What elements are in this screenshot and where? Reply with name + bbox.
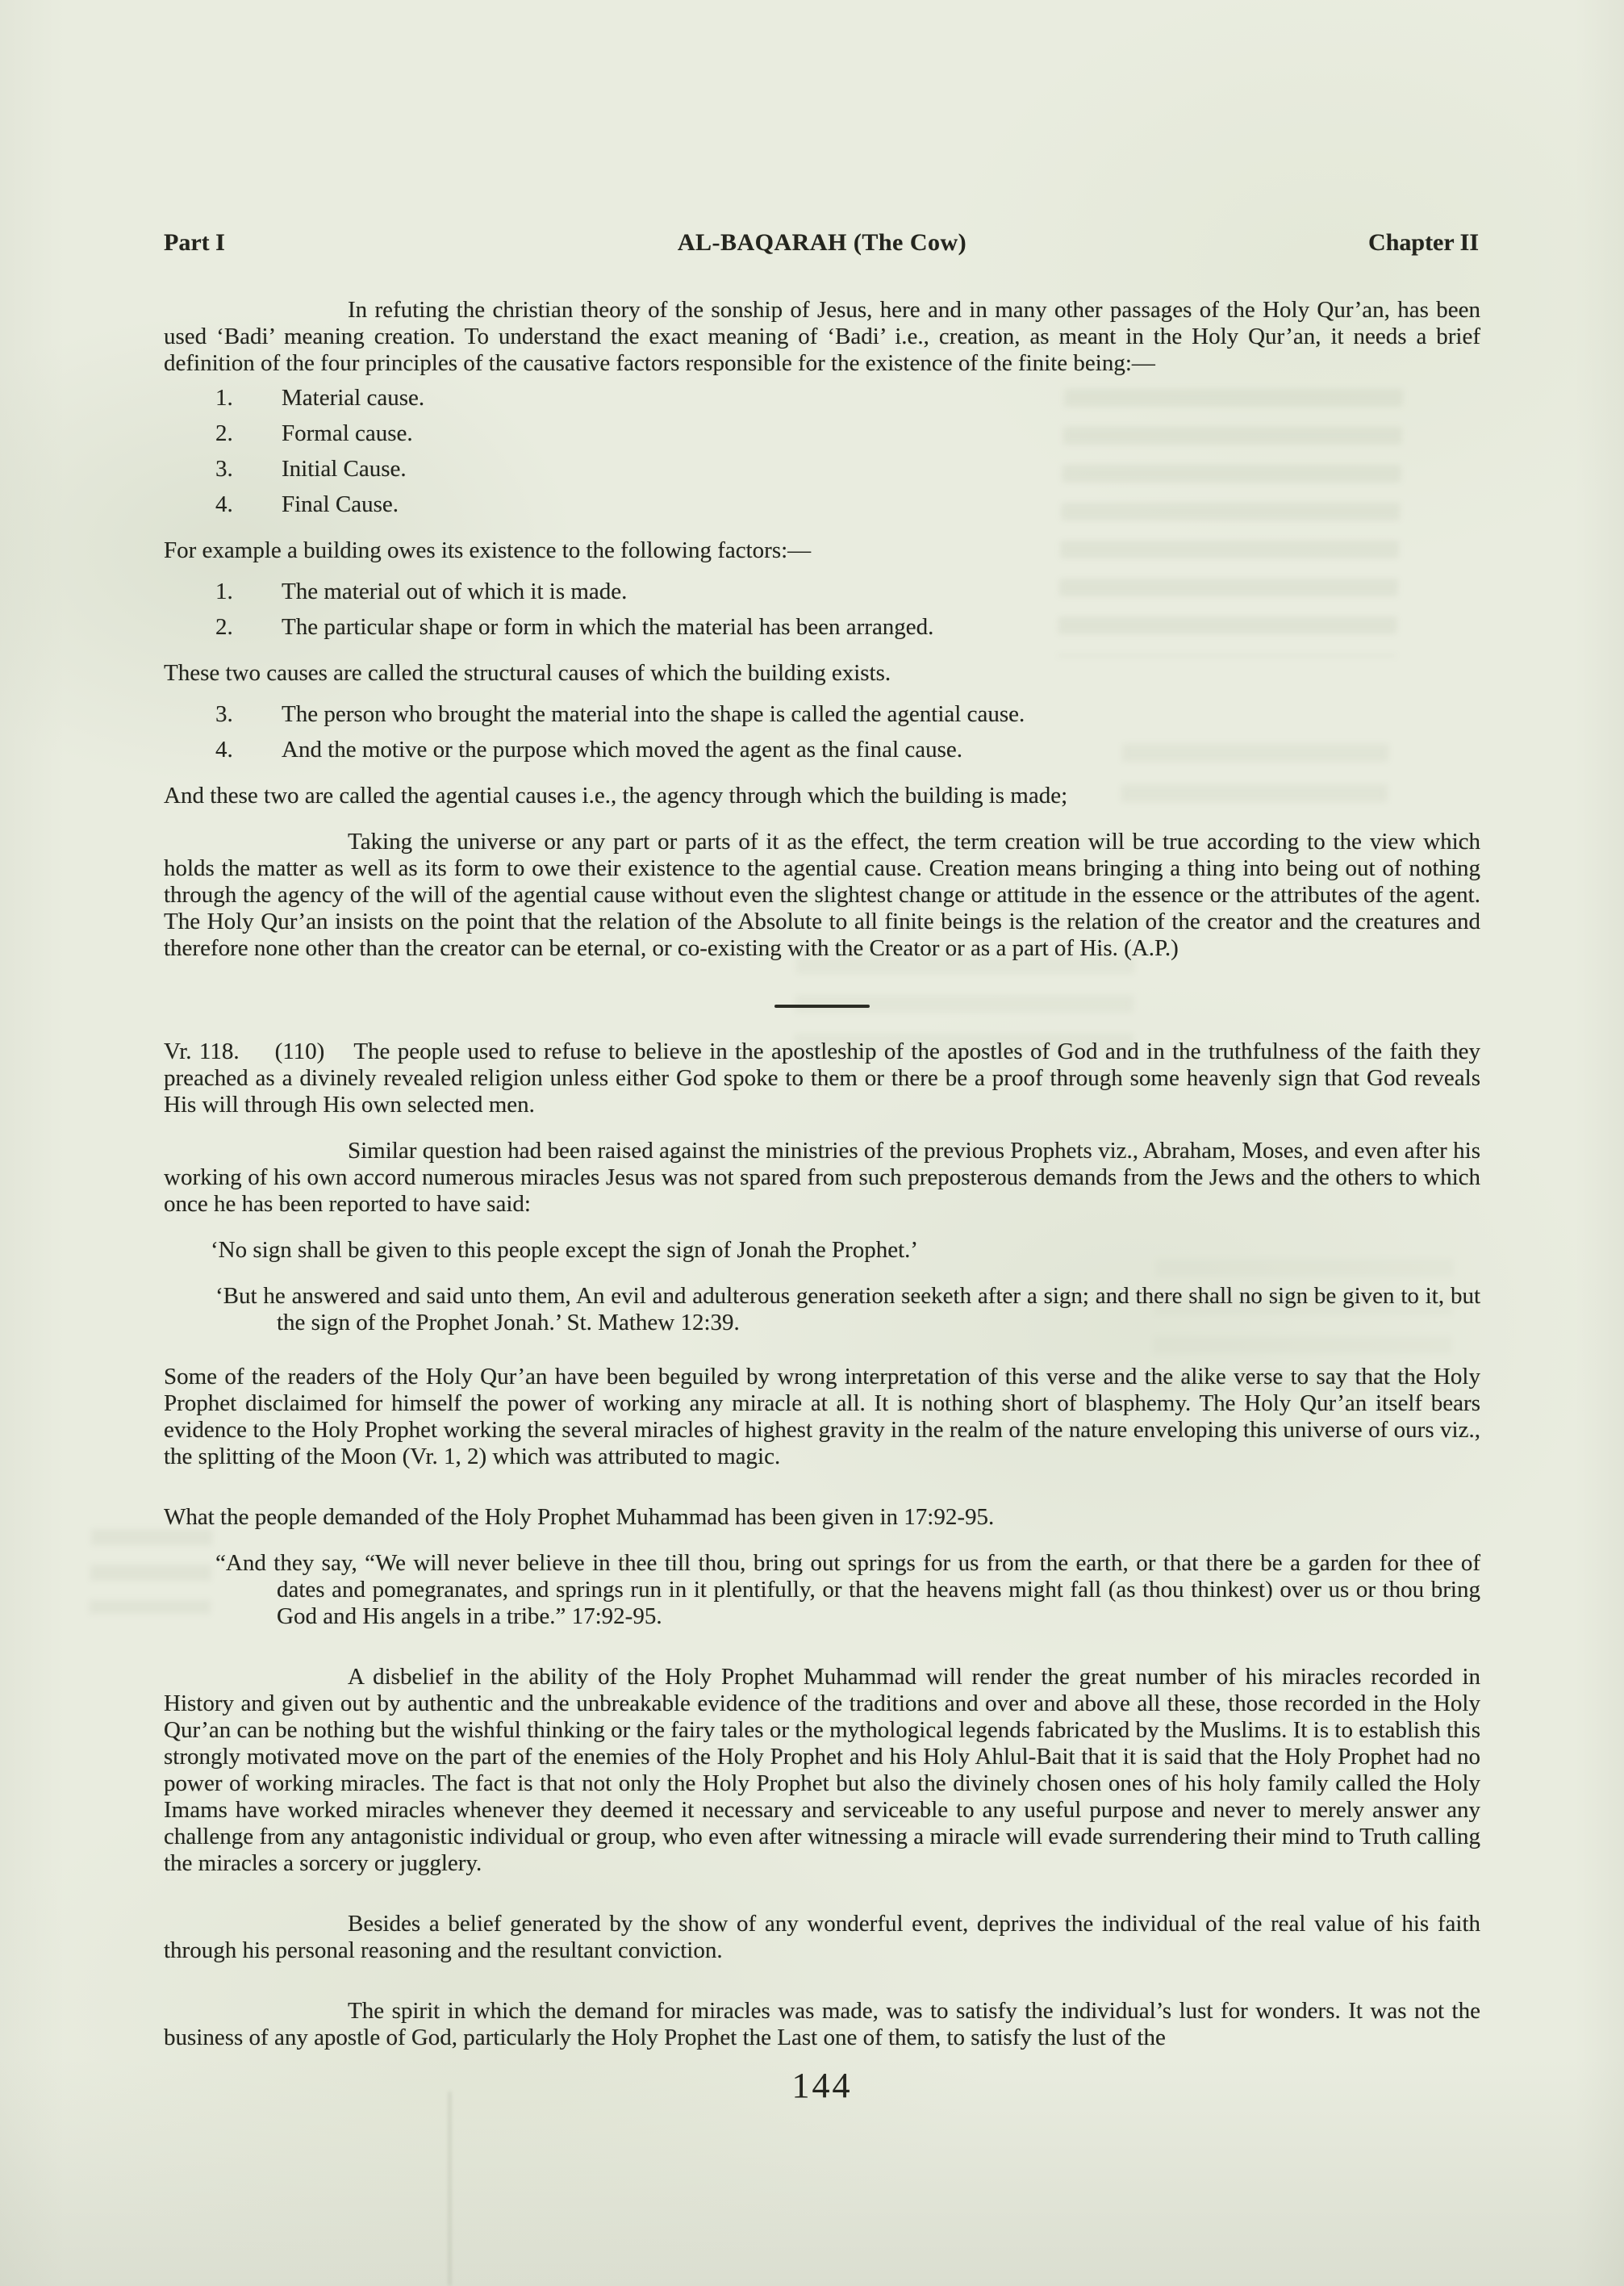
list-building-factors: 1. The material out of which it is made.… (164, 579, 1480, 641)
paragraph-what-demanded: What the people demanded of the Holy Pro… (164, 1504, 1480, 1531)
quote-never-believe: “And they say, “We will never believe in… (164, 1550, 1480, 1630)
item-number: 4. (215, 737, 282, 763)
list-item: 2. The particular shape or form in which… (215, 614, 1480, 641)
item-text: The particular shape or form in which th… (282, 614, 1480, 641)
list-item: 4. Final Cause. (215, 491, 1480, 518)
page-number: 144 (164, 2072, 1480, 2099)
item-number: 4. (215, 491, 282, 518)
section-divider (164, 988, 1480, 1014)
paragraph-disbelief: A disbelief in the ability of the Holy P… (164, 1664, 1480, 1877)
quote-evil-generation: ‘But he answered and said unto them, An … (164, 1283, 1480, 1336)
item-text: The material out of which it is made. (282, 579, 1480, 605)
chapter-label: Chapter II (1368, 229, 1479, 256)
paragraph-verse-118: Vr. 118.(110)The people used to refuse t… (164, 1039, 1480, 1118)
list-item: 3. The person who brought the material i… (215, 701, 1480, 728)
divider-rule (774, 1005, 870, 1008)
paragraph-creation: Taking the universe or any part or parts… (164, 829, 1480, 962)
item-text: Final Cause. (282, 491, 1480, 518)
page-header: Part I AL-BAQARAH (The Cow) Chapter II (164, 229, 1480, 261)
page-title: AL-BAQARAH (The Cow) (678, 229, 966, 256)
item-text: The person who brought the material into… (282, 701, 1480, 728)
page-content: Part I AL-BAQARAH (The Cow) Chapter II I… (164, 229, 1480, 2099)
paragraph-spirit: The spirit in which the demand for mirac… (164, 1998, 1480, 2051)
item-number: 3. (215, 701, 282, 728)
paragraph-beguiled: Some of the readers of the Holy Qur’an h… (164, 1364, 1480, 1470)
list-item: 3. Initial Cause. (215, 456, 1480, 483)
paragraph-intro: In refuting the christian theory of the … (164, 297, 1480, 377)
paragraph-structural: These two causes are called the structur… (164, 660, 1480, 687)
item-number: 2. (215, 420, 282, 447)
part-label: Part I (164, 229, 225, 256)
verse-text: The people used to refuse to believe in … (164, 1039, 1480, 1118)
item-number: 1. (215, 385, 282, 412)
verse-number: (110) (275, 1039, 325, 1064)
list-item: 4. And the motive or the purpose which m… (215, 737, 1480, 763)
item-text: Initial Cause. (282, 456, 1480, 483)
paragraph-agency: And these two are called the agential ca… (164, 783, 1480, 809)
list-four-causes: 1. Material cause. 2. Formal cause. 3. I… (164, 385, 1480, 518)
paragraph-example: For example a building owes its existenc… (164, 537, 1480, 564)
paper-crease (449, 2092, 451, 2286)
item-text: Formal cause. (282, 420, 1480, 447)
scanned-book-page: Part I AL-BAQARAH (The Cow) Chapter II I… (0, 0, 1624, 2286)
item-text: Material cause. (282, 385, 1480, 412)
list-item: 1. The material out of which it is made. (215, 579, 1480, 605)
paragraph-besides: Besides a belief generated by the show o… (164, 1911, 1480, 1964)
list-item: 2. Formal cause. (215, 420, 1480, 447)
item-number: 2. (215, 614, 282, 641)
item-text: And the motive or the purpose which move… (282, 737, 1480, 763)
item-number: 3. (215, 456, 282, 483)
list-agential-causes: 3. The person who brought the material i… (164, 701, 1480, 763)
paragraph-similar-question: Similar question had been raised against… (164, 1138, 1480, 1218)
quote-no-sign: ‘No sign shall be given to this people e… (211, 1237, 1480, 1264)
verse-ref: Vr. 118. (164, 1039, 240, 1064)
list-item: 1. Material cause. (215, 385, 1480, 412)
item-number: 1. (215, 579, 282, 605)
